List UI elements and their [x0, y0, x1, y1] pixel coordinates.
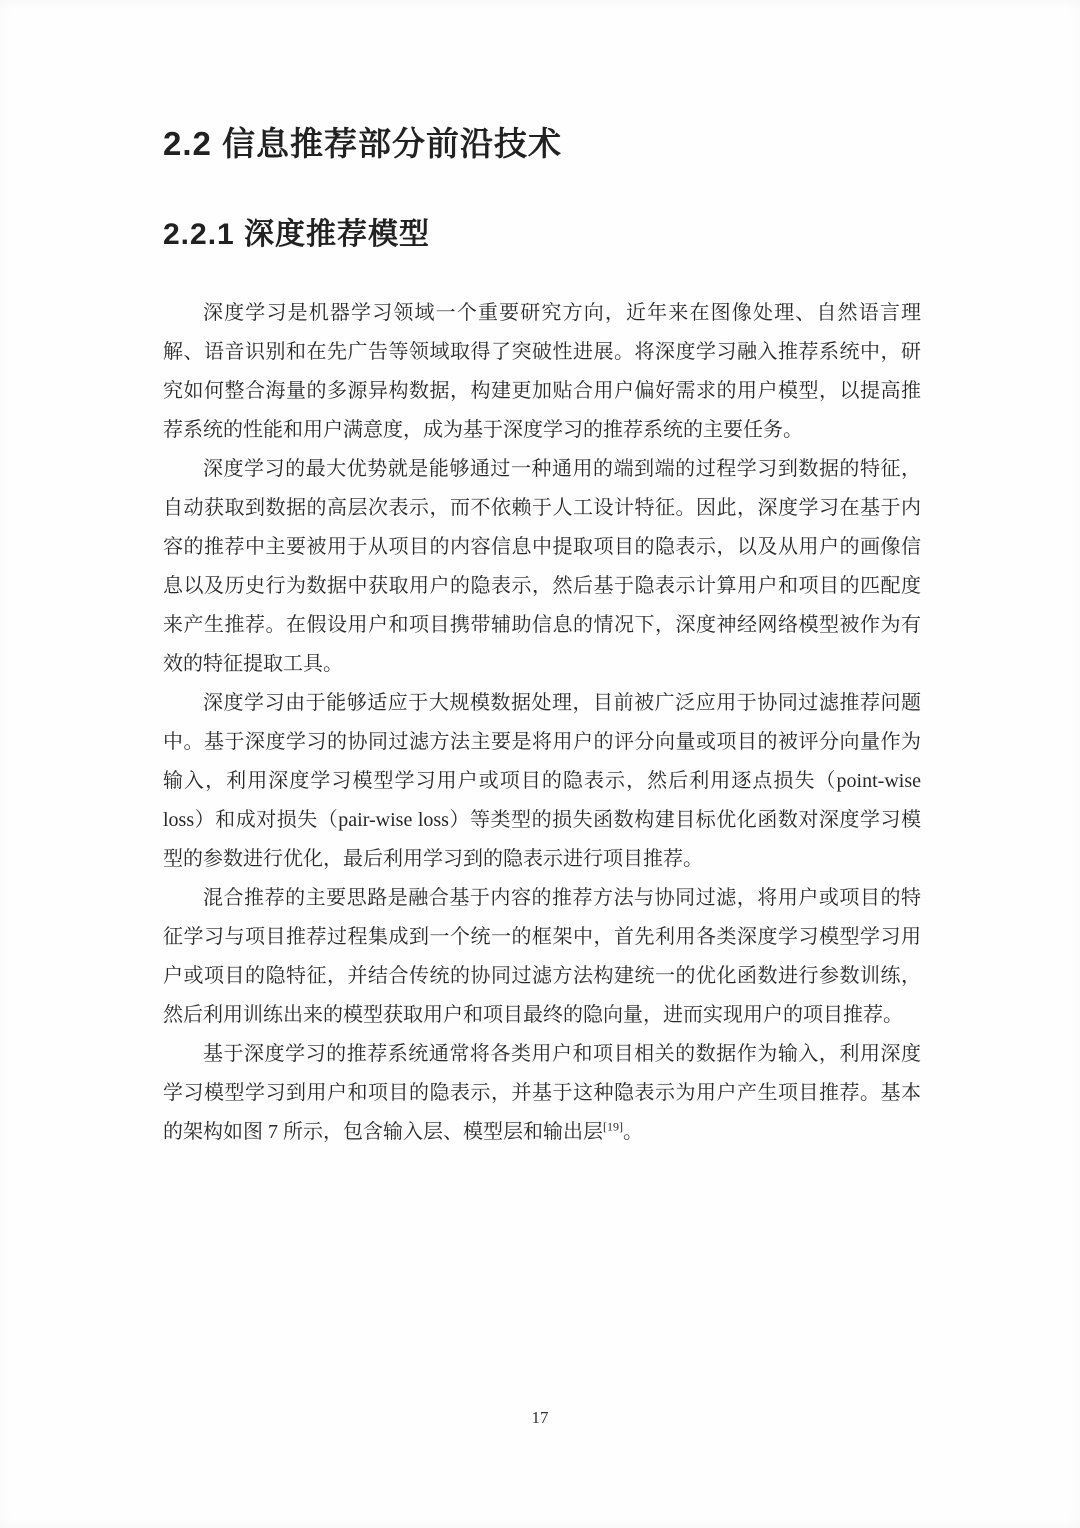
citation-marker: [19] [603, 1119, 623, 1133]
paragraph-5-text: 基于深度学习的推荐系统通常将各类用户和项目相关的数据作为输入，利用深度学习模型学… [163, 1043, 921, 1143]
page-number: 17 [532, 1408, 549, 1427]
paragraph-5: 基于深度学习的推荐系统通常将各类用户和项目相关的数据作为输入，利用深度学习模型学… [163, 1035, 921, 1152]
paragraph-1: 深度学习是机器学习领域一个重要研究方向，近年来在图像处理、自然语言理解、语音识别… [163, 294, 921, 450]
paragraph-5-period: 。 [623, 1121, 643, 1143]
document-page: 2.2 信息推荐部分前沿技术 2.2.1 深度推荐模型 深度学习是机器学习领域一… [0, 0, 1080, 1528]
subsection-heading: 2.2.1 深度推荐模型 [163, 216, 430, 254]
paragraph-2: 深度学习的最大优势就是能够通过一种通用的端到端的过程学习到数据的特征，自动获取到… [163, 450, 921, 684]
section-heading: 2.2 信息推荐部分前沿技术 [163, 124, 562, 164]
body-text: 深度学习是机器学习领域一个重要研究方向，近年来在图像处理、自然语言理解、语音识别… [163, 294, 921, 1152]
page-footer: 17 [0, 1408, 1080, 1428]
paragraph-3: 深度学习由于能够适应于大规模数据处理，目前被广泛应用于协同过滤推荐问题中。基于深… [163, 684, 921, 879]
paragraph-4: 混合推荐的主要思路是融合基于内容的推荐方法与协同过滤，将用户或项目的特征学习与项… [163, 879, 921, 1035]
